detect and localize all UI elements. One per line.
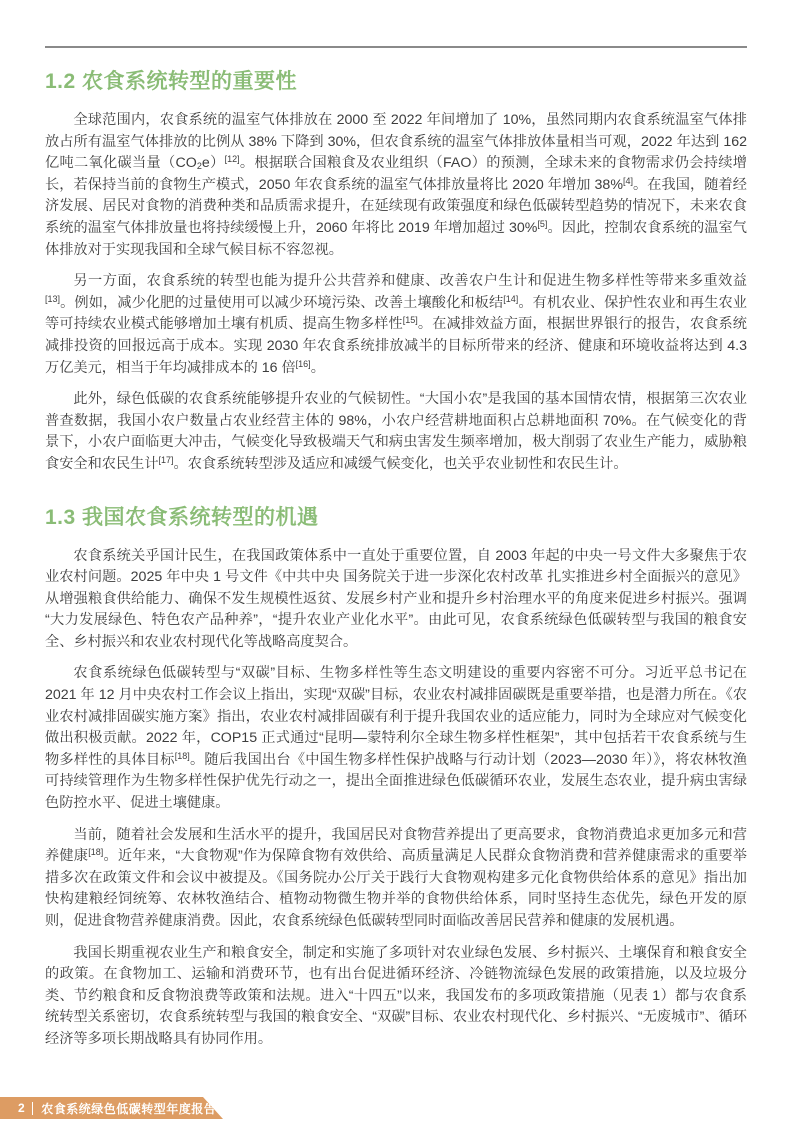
header-rule-line — [45, 46, 747, 48]
section-heading: 1.2 农食系统转型的重要性 — [45, 68, 747, 96]
section-body: 农食系统关乎国计民生，在我国政策体系中一直处于重要位置，自 2003 年起的中央… — [45, 546, 747, 1051]
paragraph: 另一方面，农食系统的转型也能为提升公共营养和健康、改善农户生计和促进生物多样性等… — [45, 271, 747, 379]
reference-marker: [4] — [623, 176, 633, 186]
reference-marker: [15] — [403, 315, 418, 325]
paragraph: 农食系统绿色低碳转型与“双碳”目标、生物多样性等生态文明建设的重要内容密不可分。… — [45, 663, 747, 814]
reference-marker: [16] — [296, 359, 311, 369]
section-opportunities: 1.3 我国农食系统转型的机遇 农食系统关乎国计民生，在我国政策体系中一直处于重… — [45, 504, 747, 1051]
footer-report-title: 农食系统绿色低碳转型年度报告 — [41, 1100, 216, 1117]
footer-divider — [32, 1102, 33, 1115]
document-page: 1.2 农食系统转型的重要性 全球范围内，农食系统的温室气体排放在 2000 至… — [0, 0, 793, 1122]
paragraph: 全球范围内，农食系统的温室气体排放在 2000 至 2022 年间增加了 10%… — [45, 110, 747, 261]
page-content: 1.2 农食系统转型的重要性 全球范围内，农食系统的温室气体排放在 2000 至… — [45, 68, 747, 1061]
subscript-text: 2 — [197, 161, 202, 171]
paragraph: 当前，随着社会发展和生活水平的提升，我国居民对食物营养提出了更高要求，食物消费追… — [45, 825, 747, 933]
section-importance: 1.2 农食系统转型的重要性 全球范围内，农食系统的温室气体排放在 2000 至… — [45, 68, 747, 476]
section-heading: 1.3 我国农食系统转型的机遇 — [45, 504, 747, 532]
paragraph: 我国长期重视农业生产和粮食安全，制定和实施了多项针对农业绿色发展、乡村振兴、土壤… — [45, 943, 747, 1051]
paragraph: 农食系统关乎国计民生，在我国政策体系中一直处于重要位置，自 2003 年起的中央… — [45, 546, 747, 654]
reference-marker: [18] — [88, 847, 103, 857]
reference-marker: [14] — [503, 294, 518, 304]
reference-marker: [5] — [537, 219, 547, 229]
page-number: 2 — [18, 1101, 25, 1115]
reference-marker: [17] — [159, 455, 174, 465]
page-footer-banner: 2 农食系统绿色低碳转型年度报告 — [0, 1097, 223, 1119]
reference-marker: [12] — [225, 154, 240, 164]
paragraph: 此外，绿色低碳的农食系统能够提升农业的气候韧性。“大国小农”是我国的基本国情农情… — [45, 389, 747, 475]
section-body: 全球范围内，农食系统的温室气体排放在 2000 至 2022 年间增加了 10%… — [45, 110, 747, 476]
reference-marker: [13] — [45, 294, 60, 304]
reference-marker: [18] — [175, 751, 190, 761]
